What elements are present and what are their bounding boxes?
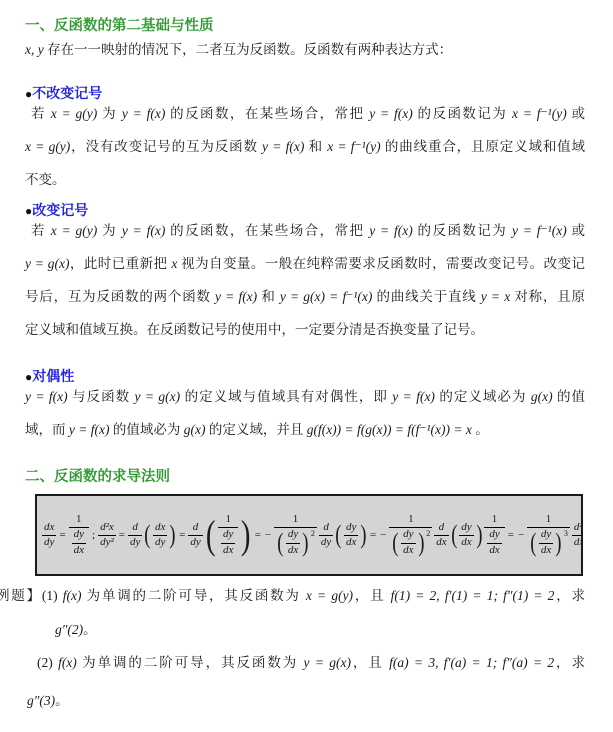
paragraph-line: 不变。: [25, 163, 585, 196]
math-text: g(x): [184, 422, 206, 437]
derivative-rule-formula-box: dxdy = 1dydx ; d²xdy² = ddy ( dxdy ) = d…: [35, 494, 583, 576]
paragraph-unchanged-notation: 若 x = g(y) 为 y = f(x) 的反函数，在某些场合，常把 y = …: [25, 97, 585, 196]
math-text: y = f(x): [25, 389, 68, 404]
math-text: y = x: [481, 289, 510, 304]
math-text: x = g(y): [25, 139, 70, 154]
math-token: dy: [153, 536, 167, 549]
math-token: dx: [459, 536, 473, 549]
math-text: y = f(x): [122, 106, 165, 121]
body-text: 的曲线重合，且原定义域和值域: [381, 139, 585, 154]
math-token: d: [128, 521, 142, 536]
body-text: 。: [55, 693, 69, 708]
fraction: 1dydx: [484, 513, 504, 557]
math-text: f(x): [58, 655, 77, 670]
body-text: 例题】(1): [0, 588, 63, 603]
math-token: d: [188, 521, 202, 536]
body-text: 不变。: [25, 172, 66, 187]
math-text: f(x): [63, 588, 82, 603]
right-paren: ): [555, 532, 561, 554]
math-token: dx: [539, 544, 553, 557]
left-paren: (: [336, 524, 342, 546]
section2-heading: 二、反函数的求导法则: [25, 461, 170, 494]
paragraph-line: 若 x = g(y) 为 y = f(x) 的反函数，在某些场合，常把 y = …: [25, 97, 585, 130]
math-text: y = f⁻¹(x): [512, 223, 567, 238]
body-text: 和: [257, 289, 280, 304]
math-token: dx: [401, 544, 415, 557]
body-text: 和: [304, 139, 327, 154]
right-paren: ): [476, 524, 482, 546]
math-token: dy: [487, 528, 501, 543]
body-text: 的曲线关于直线: [372, 289, 480, 304]
fraction: 1(dydx)2: [274, 513, 317, 557]
fraction: dydx: [459, 521, 473, 549]
math-text: y = f(x): [122, 223, 165, 238]
paragraph-line: x = g(y)，没有改变记号的互为反函数 y = f(x) 和 x = f⁻¹…: [25, 130, 585, 163]
body-text: 。: [472, 422, 489, 437]
body-text: 的定义域与值域具有对偶性，即: [180, 389, 392, 404]
body-text: 的定义域，并且: [205, 422, 306, 437]
math-token: d: [319, 521, 333, 536]
exponent: 2: [426, 529, 430, 539]
body-text: 存在一一映射的情况下，二者互为反函数。反函数有两种表达方式：: [47, 42, 452, 57]
math-text: y = f(x): [69, 422, 110, 437]
math-token: 1: [218, 513, 238, 528]
fraction: dxdy: [153, 521, 167, 549]
math-token: 1: [274, 513, 317, 528]
intro-paragraph: x, y 存在一一映射的情况下，二者互为反函数。反函数有两种表达方式：: [25, 33, 585, 66]
body-text: ，且: [351, 655, 389, 670]
math-text: y = f(x): [369, 106, 412, 121]
math-token: dy: [188, 536, 202, 549]
body-text: 号后，互为反函数的两个函数: [25, 289, 215, 304]
math-text: f(a) = 3, f′(a) = 1; f″(a) = 2: [389, 655, 554, 670]
left-paren: (: [393, 532, 399, 554]
body-text: 或: [567, 106, 585, 121]
math-text: g″(3): [27, 693, 55, 708]
fraction: d²xdy²: [98, 521, 116, 549]
math-token: d²x: [98, 521, 116, 536]
math-token: dy: [459, 521, 473, 536]
right-paren: ): [361, 524, 367, 546]
math-text: x = f⁻¹(y): [512, 106, 567, 121]
body-text: 若: [31, 106, 51, 121]
body-text: 的反函数记为: [413, 106, 512, 121]
math-token: dy: [72, 528, 86, 543]
right-paren: ): [241, 518, 251, 552]
body-text: 的反函数记为: [413, 223, 512, 238]
right-paren: ): [418, 532, 424, 554]
paragraph-line: 域，而 y = f(x) 的值域必为 g(x) 的定义域，并且 g(f(x)) …: [25, 413, 585, 446]
body-text: 或: [567, 223, 585, 238]
math-token: dx²: [572, 536, 583, 549]
fraction: dydx: [487, 528, 501, 556]
fraction-denominator: dydx: [69, 528, 89, 556]
left-paren: (: [145, 524, 151, 546]
fraction: dydx: [221, 528, 235, 556]
equals-sign: =: [255, 529, 261, 541]
fraction: dydx: [539, 528, 553, 556]
fraction: dydx: [286, 528, 300, 556]
math-text: y = f(x): [215, 289, 257, 304]
body-text: ，此时已重新把: [69, 256, 171, 271]
paragraph-changed-notation: 若 x = g(y) 为 y = f(x) 的反函数，在某些场合，常把 y = …: [25, 214, 585, 346]
fraction-denominator: dydx: [484, 528, 504, 556]
semicolon: ;: [92, 529, 95, 541]
body-text: 的反函数，在某些场合，常把: [165, 223, 369, 238]
math-token: dy: [319, 536, 333, 549]
math-text: y = f(x): [392, 389, 435, 404]
equals-sign: =: [119, 529, 125, 541]
paragraph-line: y = f(x) 与反函数 y = g(x) 的定义域与值域具有对偶性，即 y …: [25, 380, 585, 413]
equals-sign: =: [370, 529, 376, 541]
body-text: 的反函数，在某些场合，常把: [165, 106, 369, 121]
fraction-denominator: (dydx)3: [527, 528, 570, 556]
paragraph-line: y = g(x)，此时已重新把 x 视为自变量。一般在纯粹需要求反函数时，需要改…: [25, 247, 585, 280]
example2-line2: g″(3)。: [27, 684, 69, 717]
math-token: dx: [487, 544, 501, 557]
math-token: dy²: [98, 536, 116, 549]
math-token: dx: [344, 536, 358, 549]
example2-line1: (2) f(x) 为单调的二阶可导，其反函数为 y = g(x)，且 f(a) …: [37, 646, 585, 679]
body-text: 若: [31, 223, 51, 238]
minus-sign: −: [380, 529, 386, 541]
fraction: d²ydx²: [572, 521, 583, 549]
body-text: ，且: [353, 588, 391, 603]
body-text: 为单调的二阶可导，其反函数为: [77, 655, 304, 670]
math-text: y = f(x): [369, 223, 412, 238]
body-text: 视为自变量。一般在纯粹需要求反函数时，需要改变记号。改变记: [177, 256, 585, 271]
body-text: 为单调的二阶可导，其反函数为: [82, 588, 306, 603]
minus-sign: −: [518, 529, 524, 541]
fraction: dydx: [401, 528, 415, 556]
body-text: (2): [37, 655, 58, 670]
math-text: x = g(y): [51, 223, 97, 238]
example1-line1: 例题】(1) f(x) 为单调的二阶可导，其反函数为 x = g(y)，且 f(…: [0, 579, 585, 612]
paragraph-line: x, y 存在一一映射的情况下，二者互为反函数。反函数有两种表达方式：: [25, 33, 585, 66]
math-text: x = g(y): [306, 588, 353, 603]
math-text: g″(2): [55, 622, 83, 637]
body-text: 。: [83, 622, 97, 637]
body-text: 的值域必为: [109, 422, 183, 437]
math-token: dy: [221, 528, 235, 543]
math-token: dy: [401, 528, 415, 543]
math-token: dx: [72, 544, 86, 557]
math-text: x = f⁻¹(y): [327, 139, 380, 154]
math-text: g(f(x)) = f(g(x)) = f(f⁻¹(x)) = x: [307, 422, 472, 437]
body-text: ，求: [554, 655, 585, 670]
fraction: 1dydx: [218, 513, 238, 557]
fraction-denominator: (dydx)2: [274, 528, 317, 556]
right-paren: ): [170, 524, 176, 546]
math-token: 1: [527, 513, 570, 528]
math-token: d: [434, 521, 448, 536]
body-text: 为: [97, 223, 122, 238]
body-text: 的值: [553, 389, 585, 404]
body-text: ，求: [554, 588, 585, 603]
paragraph-line: 若 x = g(y) 为 y = f(x) 的反函数，在某些场合，常把 y = …: [25, 214, 585, 247]
math-token: dy: [42, 536, 56, 549]
equals-sign: =: [59, 529, 65, 541]
left-paren: (: [530, 532, 536, 554]
left-paren: (: [451, 524, 457, 546]
math-token: dy: [539, 528, 553, 543]
math-token: 1: [484, 513, 504, 528]
math-token: dy: [128, 536, 142, 549]
fraction: dxdy: [42, 521, 56, 549]
math-text: y = f(x): [262, 139, 304, 154]
math-text: g(x): [531, 389, 553, 404]
math-token: 1: [69, 513, 89, 528]
math-text: x = g(y): [51, 106, 97, 121]
math-token: dy: [344, 521, 358, 536]
body-text: 对称，且原: [510, 289, 585, 304]
math-token: dx: [434, 536, 448, 549]
body-text: ，没有改变记号的互为反函数: [70, 139, 262, 154]
fraction: ddy: [319, 521, 333, 549]
body-text: 定义域和值域互换。在反函数记号的使用中，一定要分清是否换变量了记号。: [25, 322, 484, 337]
math-token: dx: [153, 521, 167, 536]
math-text: y = g(x) = f⁻¹(x): [280, 289, 373, 304]
fraction: ddy: [188, 521, 202, 549]
math-text: x, y: [25, 42, 47, 57]
body-text: 为: [97, 106, 122, 121]
math-text: y = g(x): [25, 256, 69, 271]
math-token: dy: [286, 528, 300, 543]
exponent: 2: [311, 529, 315, 539]
example1-line2: g″(2)。: [55, 613, 97, 646]
math-text: y = g(x): [135, 389, 181, 404]
math-token: 1: [389, 513, 432, 528]
fraction: dydx: [344, 521, 358, 549]
fraction-denominator: dydx: [218, 528, 238, 556]
paragraph-line: 定义域和值域互换。在反函数记号的使用中，一定要分清是否换变量了记号。: [25, 313, 585, 346]
document-page: 一、反函数的第二基础与性质 x, y 存在一一映射的情况下，二者互为反函数。反函…: [0, 0, 613, 732]
body-text: 与反函数: [68, 389, 135, 404]
fraction: 1(dydx)2: [389, 513, 432, 557]
math-text: y = g(x): [304, 655, 351, 670]
paragraph-line: 号后，互为反函数的两个函数 y = f(x) 和 y = g(x) = f⁻¹(…: [25, 280, 585, 313]
fraction: 1dydx: [69, 513, 89, 557]
math-token: dx: [42, 521, 56, 536]
body-text: 域，而: [25, 422, 69, 437]
left-paren: (: [277, 532, 283, 554]
math-token: dx: [286, 544, 300, 557]
minus-sign: −: [265, 529, 271, 541]
fraction: ddx: [434, 521, 448, 549]
math-token: d²y: [572, 521, 583, 536]
equals-sign: =: [179, 529, 185, 541]
math-text: f(1) = 2, f′(1) = 1; f″(1) = 2: [391, 588, 555, 603]
fraction: 1(dydx)3: [527, 513, 570, 557]
paragraph-duality: y = f(x) 与反函数 y = g(x) 的定义域与值域具有对偶性，即 y …: [25, 380, 585, 446]
equals-sign: =: [508, 529, 514, 541]
fraction: ddy: [128, 521, 142, 549]
math-token: dx: [221, 544, 235, 557]
right-paren: ): [302, 532, 308, 554]
left-paren: (: [206, 518, 216, 552]
body-text: 的定义域必为: [435, 389, 531, 404]
fraction: dydx: [72, 528, 86, 556]
fraction-denominator: (dydx)2: [389, 528, 432, 556]
exponent: 3: [564, 529, 568, 539]
